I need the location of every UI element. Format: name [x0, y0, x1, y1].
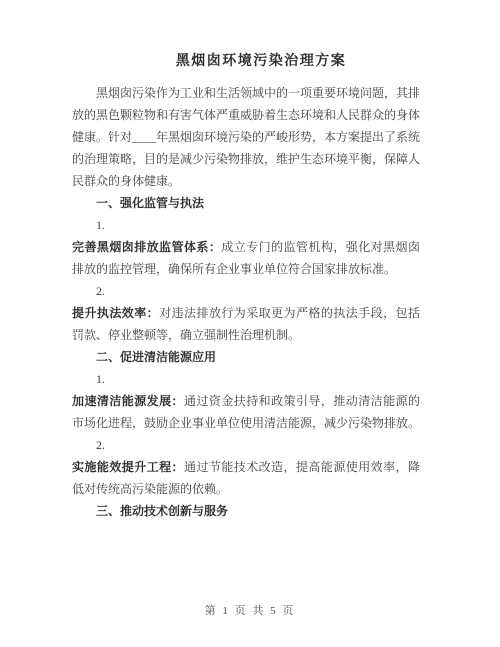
item-term: 实施能效提升工程：	[72, 460, 184, 474]
section-heading-3: 三、推动技术创新与服务	[72, 500, 420, 522]
page-footer: 第 1 页 共 5 页	[0, 604, 500, 618]
intro-paragraph: 黑烟囱污染作为工业和生活领域中的一项重要环境问题，其排放的黑色颗粒物和有害气体严…	[72, 82, 420, 192]
list-number: 1.	[72, 214, 420, 236]
document-title: 黑烟囱环境污染治理方案	[72, 50, 420, 74]
list-number: 2.	[72, 434, 420, 456]
list-item: 完善黑烟囱排放监管体系：成立专门的监管机构，强化对黑烟囱排放的监控管理，确保所有…	[72, 236, 420, 280]
page-number-text: 第 1 页 共 5 页	[205, 605, 296, 617]
list-item: 实施能效提升工程：通过节能技术改造，提高能源使用效率，降低对传统高污染能源的依赖…	[72, 456, 420, 500]
section-heading-2: 二、促进清洁能源应用	[72, 346, 420, 368]
list-item: 加速清洁能源发展：通过资金扶持和政策引导，推动清洁能源的市场化进程，鼓励企业事业…	[72, 390, 420, 434]
section-heading-1: 一、强化监管与执法	[72, 192, 420, 214]
list-number: 2.	[72, 280, 420, 302]
item-term: 完善黑烟囱排放监管体系：	[72, 240, 221, 254]
document-page: 黑烟囱环境污染治理方案 黑烟囱污染作为工业和生活领域中的一项重要环境问题，其排放…	[0, 0, 500, 647]
list-item: 提升执法效率：对违法排放行为采取更为严格的执法手段，包括罚款、停业整顿等，确立强…	[72, 302, 420, 346]
list-number: 1.	[72, 368, 420, 390]
item-term: 提升执法效率：	[72, 306, 159, 320]
item-term: 加速清洁能源发展：	[72, 394, 184, 408]
